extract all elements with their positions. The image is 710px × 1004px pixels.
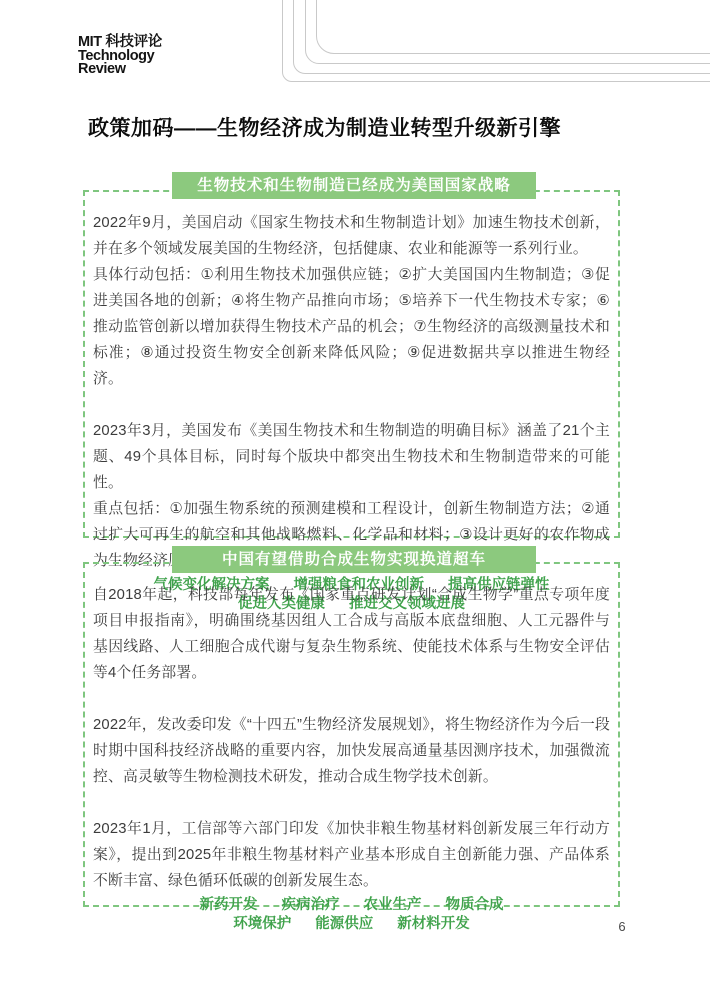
section-1-banner: 生物技术和生物制造已经成为美国国家战略 [172,172,536,199]
report-page: MIT 科技评论 Technology Review 政策加码——生物经济成为制… [0,0,710,1004]
paragraph: 2022年9月，美国启动《国家生物技术和生物制造计划》加速生物技术创新，并在多个… [93,210,610,262]
keyword: 物质合成 [446,896,504,915]
paragraph: 2022年，发改委印发《“十四五”生物经济发展规划》，将生物经济作为今后一段时期… [93,712,610,790]
corner-decoration [282,0,710,92]
paragraph: 自2018年起，科技部每年发布《国家重点研发计划“合成生物学”重点专项年度项目申… [93,582,610,686]
paragraph-group: 2023年1月，工信部等六部门印发《加快非粮生物基材料创新发展三年行动方案》，提… [93,816,610,894]
section-2-banner: 中国有望借助合成生物实现换道超车 [172,546,536,573]
page-title: 政策加码——生物经济成为制造业转型升级新引擎 [88,112,648,142]
paragraph-group: 2022年，发改委印发《“十四五”生物经济发展规划》，将生物经济作为今后一段时期… [93,712,610,790]
keyword: 农业生产 [364,896,422,915]
paragraph-group: 自2018年起，科技部每年发布《国家重点研发计划“合成生物学”重点专项年度项目申… [93,582,610,686]
section-2-box: 自2018年起，科技部每年发布《国家重点研发计划“合成生物学”重点专项年度项目申… [83,562,620,907]
keyword-row: 环境保护能源供应新材料开发 [93,915,610,934]
keyword-list: 新药开发疾病治疗农业生产物质合成 环境保护能源供应新材料开发 [93,896,610,934]
paragraph: 2023年1月，工信部等六部门印发《加快非粮生物基材料创新发展三年行动方案》，提… [93,816,610,894]
page-number: 6 [610,919,634,934]
mit-technology-review-logo: MIT 科技评论 Technology Review [78,36,162,77]
keyword: 新药开发 [200,896,258,915]
section-1-box: 2022年9月，美国启动《国家生物技术和生物制造计划》加速生物技术创新，并在多个… [83,190,620,538]
keyword: 环境保护 [233,915,291,934]
keyword: 能源供应 [315,915,373,934]
keyword-row: 新药开发疾病治疗农业生产物质合成 [93,896,610,915]
keyword: 新材料开发 [397,915,470,934]
paragraph: 2023年3月，美国发布《美国生物技术和生物制造的明确目标》涵盖了21个主题、4… [93,418,610,496]
logo-line-3: Review [78,63,162,77]
paragraph-group: 2022年9月，美国启动《国家生物技术和生物制造计划》加速生物技术创新，并在多个… [93,210,610,392]
paragraph: 具体行动包括：①利用生物技术加强供应链；②扩大美国国内生物制造；③促进美国各地的… [93,262,610,392]
keyword: 疾病治疗 [282,896,340,915]
corner-arc-line [316,0,710,54]
